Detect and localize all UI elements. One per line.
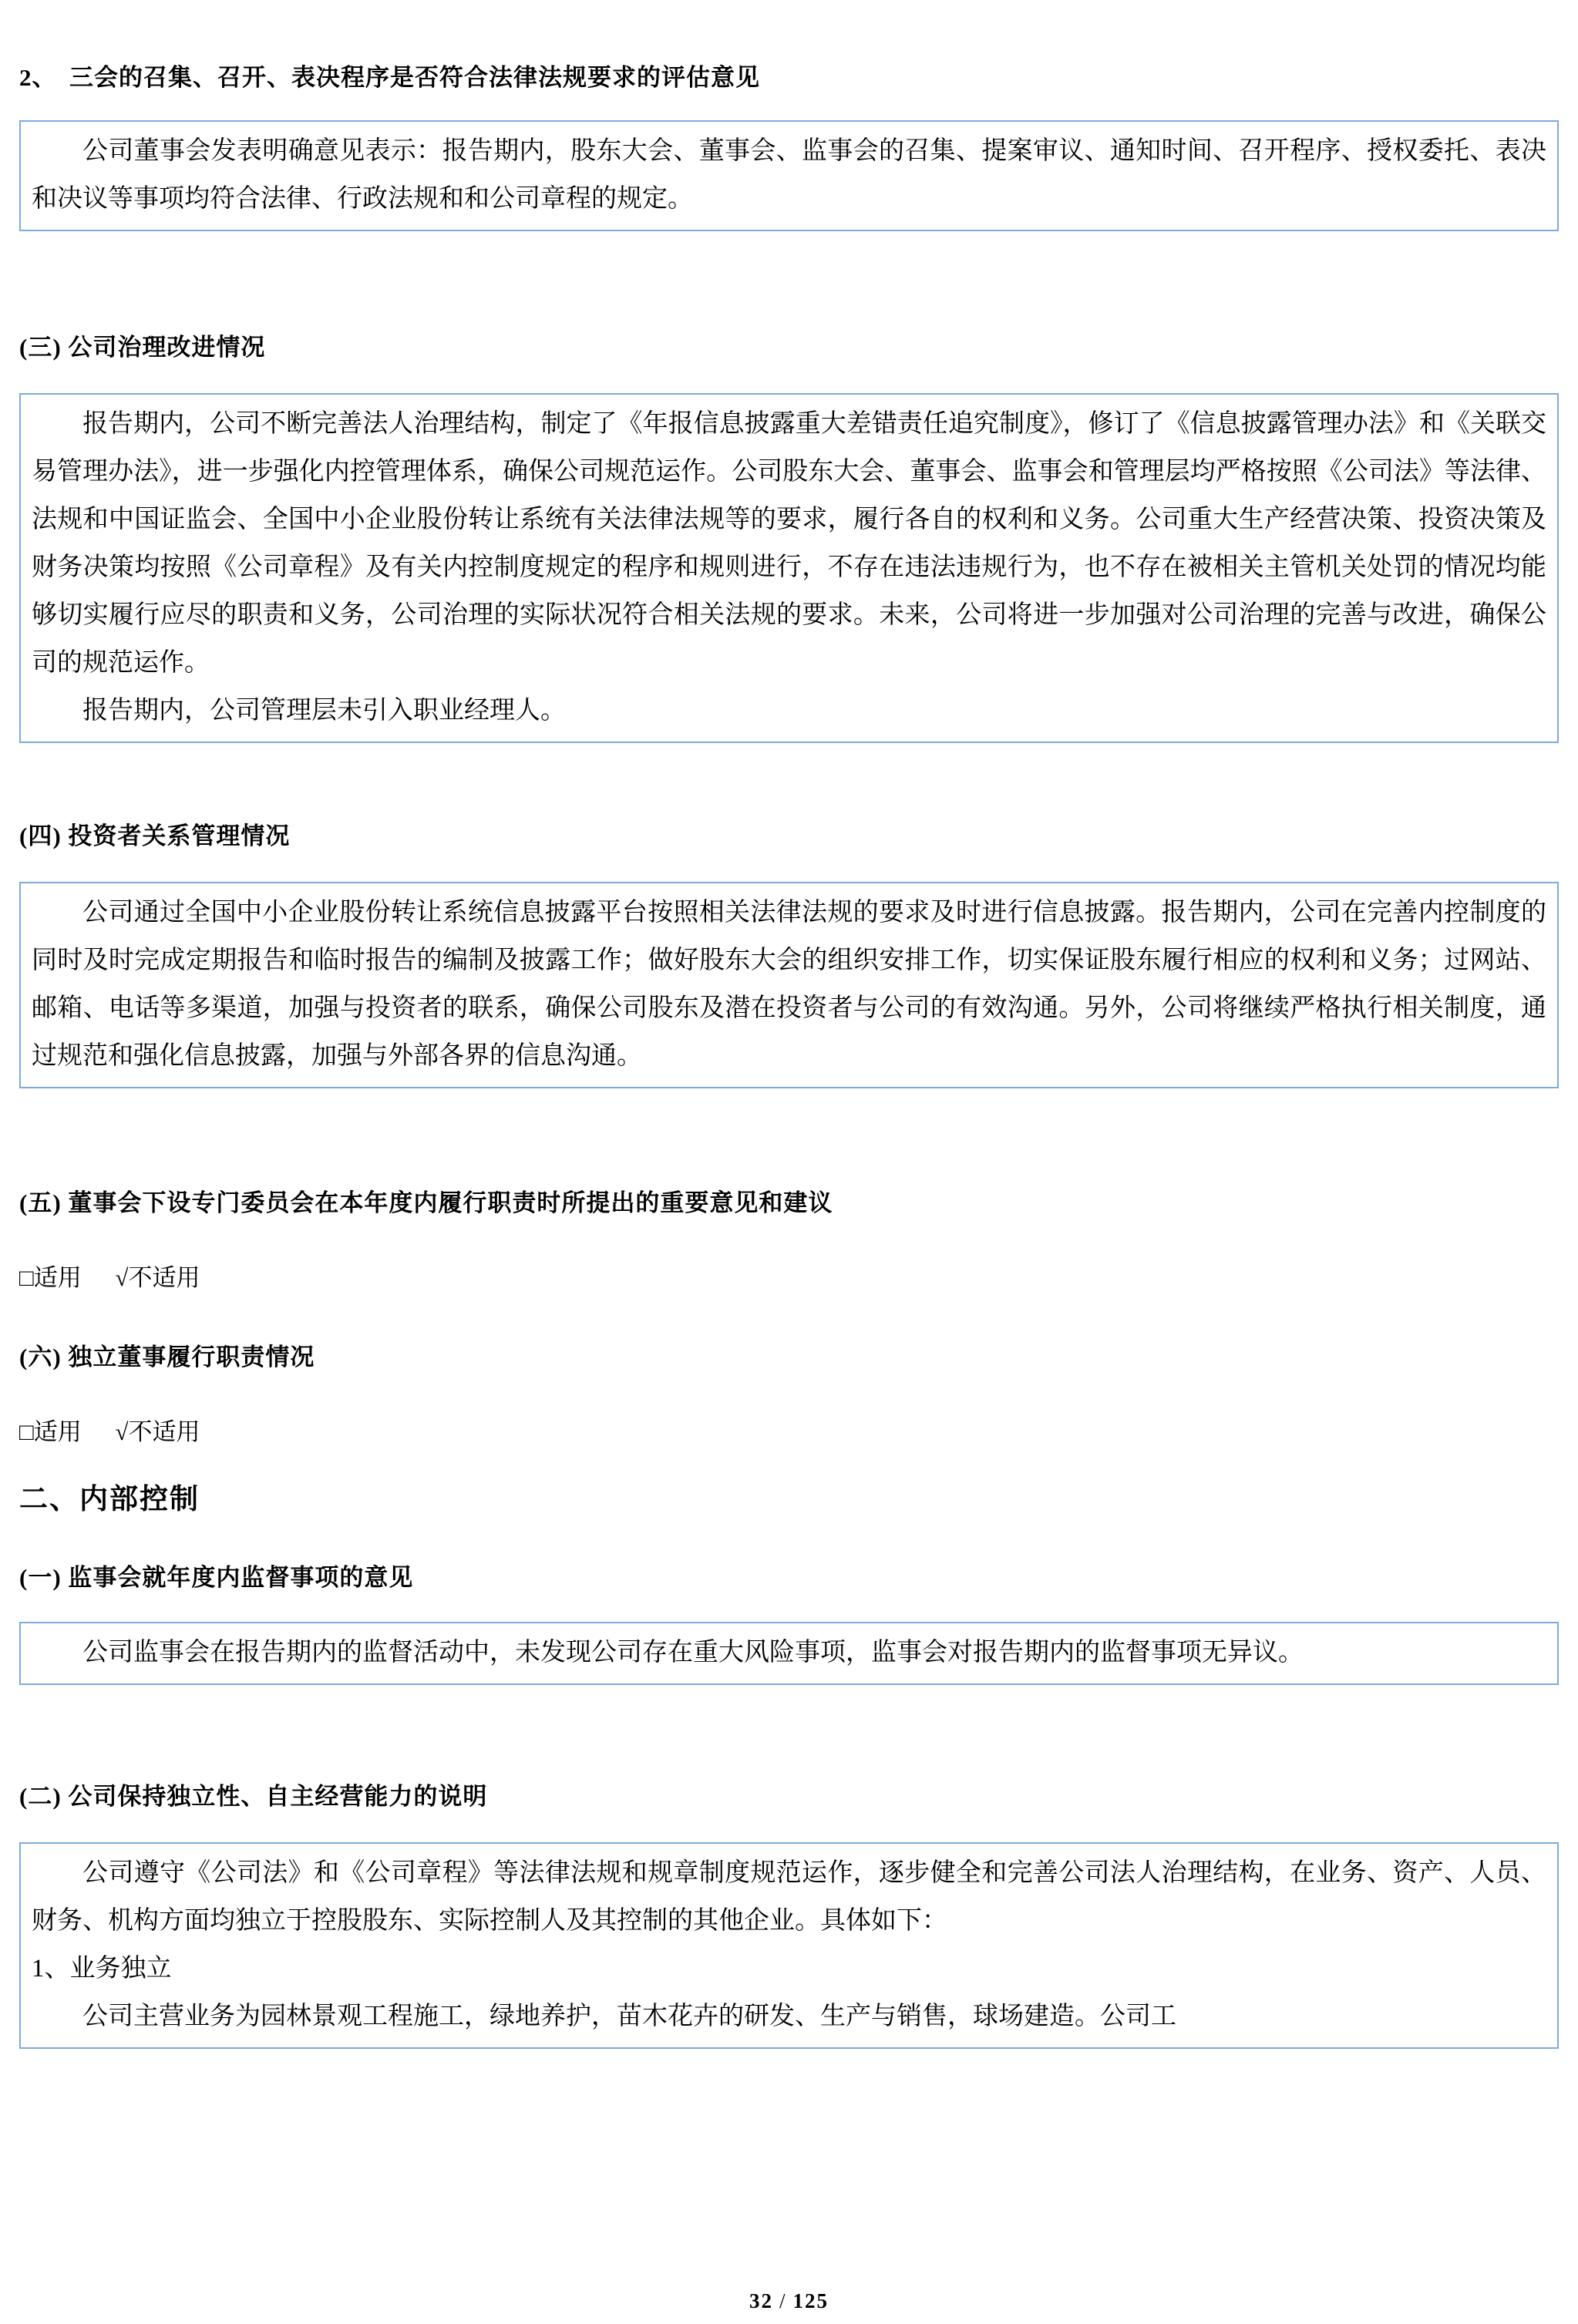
investor-relations-box: 公司通过全国中小企业股份转让系统信息披露平台按照相关法律法规的要求及时进行信息披… — [19, 882, 1559, 1088]
governance-improvement-paragraph-1: 报告期内，公司不断完善法人治理结构，制定了《年报信息披露重大差错责任追究制度》，… — [32, 400, 1546, 687]
heading-three-meetings-procedures: 2、 三会的召集、召开、表决程序是否符合法律法规要求的评估意见 — [19, 60, 1559, 96]
investor-relations-paragraph: 公司通过全国中小企业股份转让系统信息披露平台按照相关法律法规的要求及时进行信息披… — [32, 889, 1546, 1080]
special-committees-applicability-row: □适用 √不适用 — [19, 1261, 1559, 1295]
heading-internal-control: 二、内部控制 — [19, 1480, 1559, 1520]
supervisory-opinion-box: 公司监事会在报告期内的监督活动中，未发现公司存在重大风险事项，监事会对报告期内的… — [19, 1622, 1559, 1685]
heading-governance-improvement: (三) 公司治理改进情况 — [19, 330, 1559, 365]
governance-improvement-box: 报告期内，公司不断完善法人治理结构，制定了《年报信息披露重大差错责任追究制度》，… — [19, 393, 1559, 743]
heading-investor-relations: (四) 投资者关系管理情况 — [19, 819, 1559, 854]
page-number-current: 32 — [749, 2289, 773, 2312]
page-footer: 32/125 — [0, 2289, 1578, 2313]
heading-special-committees: (五) 董事会下设专门委员会在本年度内履行职责时所提出的重要意见和建议 — [19, 1186, 1559, 1221]
independent-directors-applicability-row: □适用 √不适用 — [19, 1415, 1559, 1449]
document-page: 2、 三会的召集、召开、表决程序是否符合法律法规要求的评估意见 公司董事会发表明… — [0, 0, 1578, 2324]
heading-supervisory-opinion: (一) 监事会就年度内监督事项的意见 — [19, 1560, 1559, 1596]
page-number-separator: / — [773, 2289, 793, 2312]
checkbox-applicable-unchecked: □适用 — [19, 1418, 82, 1445]
checkbox-applicable-unchecked: □适用 — [19, 1264, 82, 1291]
page-number-total: 125 — [793, 2289, 829, 2312]
heading-independent-directors: (六) 独立董事履行职责情况 — [19, 1340, 1559, 1375]
heading-company-independence: (二) 公司保持独立性、自主经营能力的说明 — [19, 1779, 1559, 1814]
independence-paragraph-3: 公司主营业务为园林景观工程施工，绿地养护，苗木花卉的研发、生产与销售，球场建造。… — [32, 1993, 1546, 2040]
company-independence-box: 公司遵守《公司法》和《公司章程》等法律法规和规章制度规范运作，逐步健全和完善公司… — [19, 1842, 1559, 2049]
three-meetings-opinion-box: 公司董事会发表明确意见表示：报告期内，股东大会、董事会、监事会的召集、提案审议、… — [19, 120, 1559, 231]
governance-improvement-paragraph-2: 报告期内，公司管理层未引入职业经理人。 — [32, 687, 1546, 735]
three-meetings-paragraph: 公司董事会发表明确意见表示：报告期内，股东大会、董事会、监事会的召集、提案审议、… — [32, 127, 1546, 223]
independence-paragraph-1: 公司遵守《公司法》和《公司章程》等法律法规和规章制度规范运作，逐步健全和完善公司… — [32, 1849, 1546, 1945]
independence-paragraph-2: 1、业务独立 — [32, 1945, 1546, 1993]
supervisory-opinion-paragraph: 公司监事会在报告期内的监督活动中，未发现公司存在重大风险事项，监事会对报告期内的… — [32, 1629, 1546, 1677]
checkbox-not-applicable-checked: √不适用 — [115, 1418, 200, 1445]
checkbox-not-applicable-checked: √不适用 — [115, 1264, 200, 1291]
